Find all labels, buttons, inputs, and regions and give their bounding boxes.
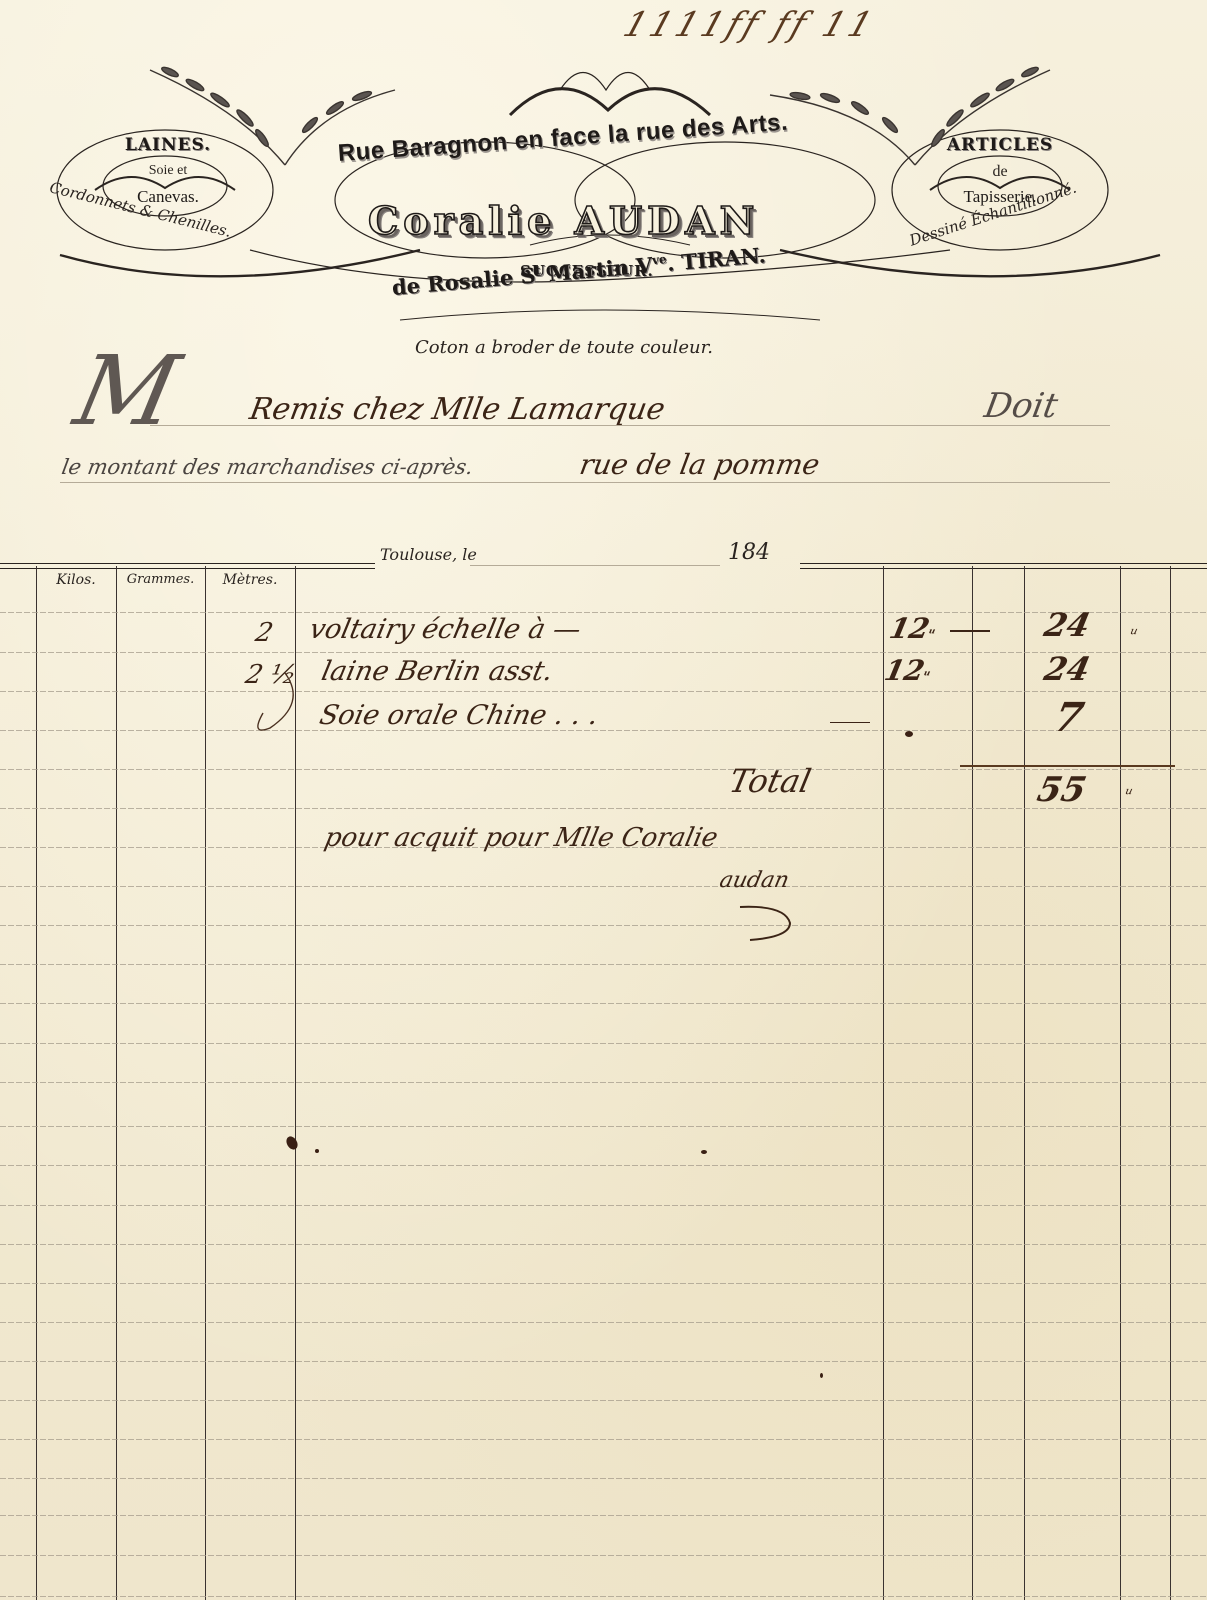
- ruled-line: [0, 612, 1207, 613]
- street-guide-line: [60, 482, 1110, 483]
- merchant-last-name: AUDAN: [575, 198, 760, 243]
- row1-price: 12ᵘ: [886, 612, 939, 645]
- ruled-line: [0, 1596, 1207, 1597]
- total-underline: [960, 765, 1175, 767]
- ruled-line: [0, 1003, 1207, 1004]
- predecessor-sup1: t: [534, 263, 541, 277]
- row3-description: Soie orale Chine . . .: [317, 700, 602, 731]
- receipt-signature: audan: [717, 868, 791, 893]
- total-label: Total: [726, 762, 814, 800]
- row1-dash: [950, 630, 990, 632]
- column-header-metres: Mètres.: [205, 572, 295, 588]
- ruled-line: [0, 1400, 1207, 1401]
- merchant-first-name: Coralie: [368, 198, 556, 243]
- ruled-line: [0, 808, 1207, 809]
- date-guide-line: [470, 565, 720, 566]
- addressee-guide-line: [150, 425, 1110, 426]
- ink-spot: [905, 731, 913, 737]
- addressee-street: rue de la pomme: [577, 448, 822, 481]
- ruled-line: [0, 1555, 1207, 1556]
- ruled-line: [0, 730, 1207, 731]
- ruled-line: [0, 1439, 1207, 1440]
- ruled-line: [0, 1244, 1207, 1245]
- ink-spot: [701, 1150, 707, 1154]
- column-header-grammes: Grammes.: [116, 572, 205, 587]
- row2-price: 12ᵘ: [881, 654, 934, 687]
- ruled-line: [0, 1322, 1207, 1323]
- row2-description: laine Berlin asst.: [319, 656, 556, 687]
- row3-dotted-leader: [830, 722, 870, 723]
- row2-amount: 24: [1041, 650, 1094, 688]
- ruled-line: [0, 925, 1207, 926]
- ruled-line: [0, 652, 1207, 653]
- ruled-line: [0, 1283, 1207, 1284]
- total-amount: 55: [1034, 770, 1090, 810]
- predecessor-sup2: ve: [651, 252, 667, 267]
- articles-title: ARTICLES: [900, 135, 1100, 155]
- column-divider: [883, 566, 884, 1600]
- laines-title: LAINES.: [68, 135, 268, 155]
- row1-description: voltairy échelle à —: [307, 614, 584, 645]
- ink-spot: [315, 1149, 319, 1153]
- year-prefix: 184: [728, 540, 770, 565]
- ruled-line: [0, 1515, 1207, 1516]
- soie-label: Soie et: [68, 163, 268, 179]
- tagline: Coton a broder de toute couleur.: [415, 337, 713, 358]
- row1-amount: 24: [1041, 606, 1094, 644]
- header-rule-left: [0, 563, 375, 569]
- doit-label: Doit: [981, 386, 1060, 426]
- ruled-line: [0, 1165, 1207, 1166]
- ink-spot: [820, 1373, 823, 1378]
- ruled-line: [0, 1361, 1207, 1362]
- column-divider: [1120, 566, 1121, 1600]
- printed-statement: le montant des marchandises ci-après.: [60, 455, 475, 479]
- column-header-kilos: Kilos.: [36, 572, 116, 588]
- ruled-line: [0, 964, 1207, 965]
- column-divider: [36, 566, 37, 1600]
- ruled-line: [0, 1478, 1207, 1479]
- column-divider: [1170, 566, 1171, 1600]
- ruled-line: [0, 1126, 1207, 1127]
- column-divider: [205, 566, 206, 1600]
- ruled-line: [0, 1043, 1207, 1044]
- signature-flourish-icon: [730, 895, 810, 945]
- column-divider: [972, 566, 973, 1600]
- merchant-name: Coralie AUDAN: [368, 198, 759, 243]
- header-rule-right: [800, 563, 1207, 569]
- letterhead: LAINES. Soie et Canevas. Cordonnets & Ch…: [0, 0, 1207, 380]
- place-date-label: Toulouse, le: [380, 545, 477, 564]
- ruled-line: [0, 691, 1207, 692]
- ruled-line: [0, 769, 1207, 770]
- addressee-name: Remis chez Mlle Lamarque: [247, 392, 668, 427]
- ruled-line: [0, 1082, 1207, 1083]
- column-divider: [1024, 566, 1025, 1600]
- column-divider: [116, 566, 117, 1600]
- bracket-flourish-icon: [245, 668, 305, 738]
- receipt-line: pour acquit pour Mlle Coralie: [322, 823, 721, 853]
- ruled-line: [0, 886, 1207, 887]
- ruled-line: [0, 1205, 1207, 1206]
